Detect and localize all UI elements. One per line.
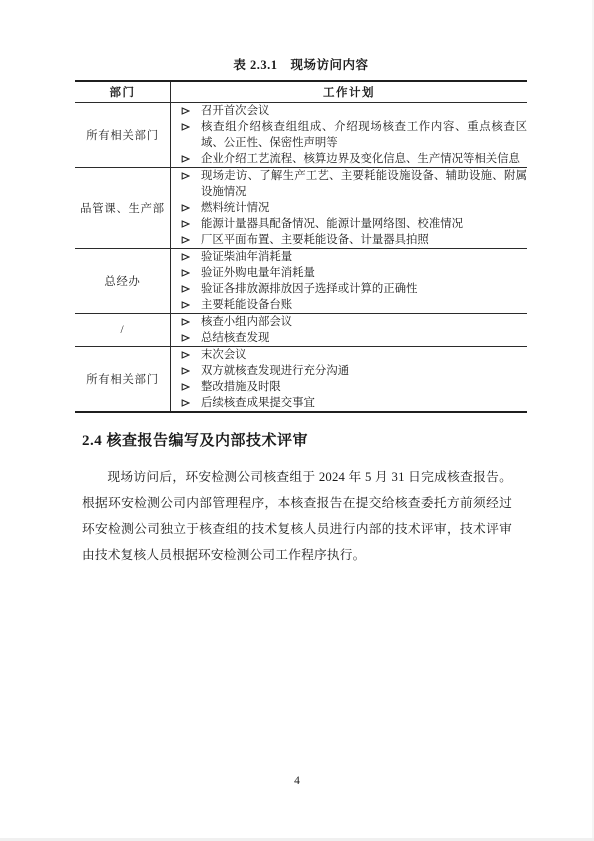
work-plan-item-text: 厂区平面布置、主要耗能设备、计量器具拍照 xyxy=(201,232,527,248)
arrow-bullet-icon xyxy=(181,363,201,379)
table-row: 所有相关部门 末次会议 双方就核查发现进行充分沟通 整改措施及时限 xyxy=(75,347,527,413)
work-plan-item-text: 现场走访、了解生产工艺、主要耗能设施设备、辅助设施、附属设施情况 xyxy=(201,168,527,200)
arrow-bullet-icon xyxy=(181,119,201,135)
work-plan-item-text: 末次会议 xyxy=(201,347,527,363)
work-plan-item: 企业介绍工艺流程、核算边界及变化信息、生产情况等相关信息 xyxy=(171,151,527,167)
department-cell: 所有相关部门 xyxy=(75,347,171,413)
work-plan-item: 核查组介绍核查组组成、介绍现场核查工作内容、重点核查区域、公正性、保密性声明等 xyxy=(171,119,527,151)
section-heading: 2.4 核查报告编写及内部技术评审 xyxy=(82,431,522,451)
work-plan-item-text: 整改措施及时限 xyxy=(201,379,527,395)
work-plan-item-text: 核查组介绍核查组组成、介绍现场核查工作内容、重点核查区域、公正性、保密性声明等 xyxy=(201,119,527,151)
work-plan-item-text: 能源计量器具配备情况、能源计量网络图、校准情况 xyxy=(201,216,527,232)
arrow-bullet-icon xyxy=(181,297,201,313)
column-header-work-plan: 工作计划 xyxy=(171,81,528,103)
work-plan-item: 能源计量器具配备情况、能源计量网络图、校准情况 xyxy=(171,216,527,232)
department-cell: 所有相关部门 xyxy=(75,103,171,168)
department-cell: 品管课、生产部 xyxy=(75,168,171,249)
work-plan-cell: 召开首次会议 核查组介绍核查组组成、介绍现场核查工作内容、重点核查区域、公正性、… xyxy=(171,103,528,168)
work-plan-item-text: 核查小组内部会议 xyxy=(201,314,527,330)
arrow-bullet-icon xyxy=(181,265,201,281)
work-plan-item-text: 主要耗能设备台账 xyxy=(201,297,527,313)
work-plan-item-text: 总结核查发现 xyxy=(201,330,527,346)
arrow-bullet-icon xyxy=(181,395,201,411)
arrow-bullet-icon xyxy=(181,347,201,363)
document-page: 表 2.3.1 现场访问内容 部门 工作计划 所有相关部门 召开首次会议 核查组… xyxy=(0,55,594,568)
table-row: / 核查小组内部会议 总结核查发现 xyxy=(75,314,527,347)
work-plan-item-text: 验证各排放源排放因子选择或计算的正确性 xyxy=(201,281,527,297)
work-plan-item: 后续核查成果提交事宜 xyxy=(171,395,527,411)
arrow-bullet-icon xyxy=(181,232,201,248)
work-plan-item: 末次会议 xyxy=(171,347,527,363)
department-cell: 总经办 xyxy=(75,249,171,314)
work-plan-item: 燃料统计情况 xyxy=(171,200,527,216)
work-plan-item: 核查小组内部会议 xyxy=(171,314,527,330)
work-plan-item-text: 燃料统计情况 xyxy=(201,200,527,216)
department-cell: / xyxy=(75,314,171,347)
table-row: 所有相关部门 召开首次会议 核查组介绍核查组组成、介绍现场核查工作内容、重点核查… xyxy=(75,103,527,168)
department-label: 所有相关部门 xyxy=(86,374,159,386)
work-plan-item-text: 验证柴油年消耗量 xyxy=(201,249,527,265)
work-plan-item: 验证各排放源排放因子选择或计算的正确性 xyxy=(171,281,527,297)
department-label: / xyxy=(121,324,125,336)
arrow-bullet-icon xyxy=(181,379,201,395)
work-plan-item: 整改措施及时限 xyxy=(171,379,527,395)
department-label: 总经办 xyxy=(104,276,140,288)
department-label: 品管课、生产部 xyxy=(80,203,165,215)
work-plan-item: 验证柴油年消耗量 xyxy=(171,249,527,265)
work-plan-item: 主要耗能设备台账 xyxy=(171,297,527,313)
work-plan-item-text: 双方就核查发现进行充分沟通 xyxy=(201,363,527,379)
work-plan-item-text: 企业介绍工艺流程、核算边界及变化信息、生产情况等相关信息 xyxy=(201,151,527,167)
column-header-department: 部门 xyxy=(75,81,171,103)
arrow-bullet-icon xyxy=(181,281,201,297)
work-plan-cell: 现场走访、了解生产工艺、主要耗能设施设备、辅助设施、附属设施情况 燃料统计情况 … xyxy=(171,168,528,249)
arrow-bullet-icon xyxy=(181,330,201,346)
table-row: 品管课、生产部 现场走访、了解生产工艺、主要耗能设施设备、辅助设施、附属设施情况… xyxy=(75,168,527,249)
arrow-bullet-icon xyxy=(181,168,201,184)
work-plan-item: 现场走访、了解生产工艺、主要耗能设施设备、辅助设施、附属设施情况 xyxy=(171,168,527,200)
body-paragraph: 现场访问后，环安检测公司核查组于 2024 年 5 月 31 日完成核查报告。根… xyxy=(82,464,512,568)
table-header-row: 部门 工作计划 xyxy=(75,81,527,103)
work-plan-item: 总结核查发现 xyxy=(171,330,527,346)
department-label: 所有相关部门 xyxy=(86,130,159,142)
work-plan-item: 双方就核查发现进行充分沟通 xyxy=(171,363,527,379)
arrow-bullet-icon xyxy=(181,103,201,119)
site-visit-table: 部门 工作计划 所有相关部门 召开首次会议 核查组介绍核查组组成、介绍现场核查工… xyxy=(75,80,527,413)
page-number: 4 xyxy=(0,775,594,787)
arrow-bullet-icon xyxy=(181,249,201,265)
work-plan-item: 召开首次会议 xyxy=(171,103,527,119)
work-plan-item: 验证外购电量年消耗量 xyxy=(171,265,527,281)
table-row: 总经办 验证柴油年消耗量 验证外购电量年消耗量 验证各排放源排放因子选择或计算的… xyxy=(75,249,527,314)
arrow-bullet-icon xyxy=(181,314,201,330)
table-body: 所有相关部门 召开首次会议 核查组介绍核查组组成、介绍现场核查工作内容、重点核查… xyxy=(75,103,527,413)
arrow-bullet-icon xyxy=(181,216,201,232)
work-plan-cell: 末次会议 双方就核查发现进行充分沟通 整改措施及时限 后续核查成果提交事宜 xyxy=(171,347,528,413)
arrow-bullet-icon xyxy=(181,200,201,216)
arrow-bullet-icon xyxy=(181,151,201,167)
table-header: 部门 工作计划 xyxy=(75,81,527,103)
work-plan-cell: 核查小组内部会议 总结核查发现 xyxy=(171,314,528,347)
table-caption: 表 2.3.1 现场访问内容 xyxy=(75,55,527,73)
work-plan-item: 厂区平面布置、主要耗能设备、计量器具拍照 xyxy=(171,232,527,248)
work-plan-cell: 验证柴油年消耗量 验证外购电量年消耗量 验证各排放源排放因子选择或计算的正确性 … xyxy=(171,249,528,314)
work-plan-item-text: 召开首次会议 xyxy=(201,103,527,119)
work-plan-item-text: 后续核查成果提交事宜 xyxy=(201,395,527,411)
work-plan-item-text: 验证外购电量年消耗量 xyxy=(201,265,527,281)
